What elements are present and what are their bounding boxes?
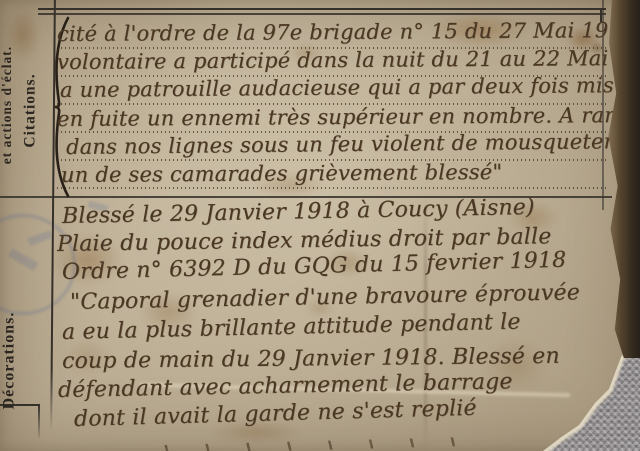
handwriting-line: a une patrouille audacieuse qui a par de… xyxy=(60,73,614,102)
margin-label-citations: Citations. xyxy=(22,60,39,162)
printed-rule-top xyxy=(38,8,606,10)
handwriting-line: volontaire a participé dans la nuit du 2… xyxy=(57,46,609,74)
printed-rule-top xyxy=(38,13,606,15)
printed-cell-rule xyxy=(38,404,40,438)
military-record-photo: et actions d'éclat. Citations. Décoratio… xyxy=(0,0,640,451)
handwriting-line: en fuite un ennemi très supérieur en nom… xyxy=(57,103,640,131)
handwriting-line: un de ses camarades grièvement blessé" xyxy=(61,160,502,187)
dotted-guide-line xyxy=(57,187,608,189)
margin-label-decorations: Décorations. xyxy=(1,275,18,447)
margin-label-actions-declat: et actions d'éclat. xyxy=(0,10,15,200)
handwriting-line: cité à l'ordre de la 97e brigade n° 15 d… xyxy=(57,17,640,46)
